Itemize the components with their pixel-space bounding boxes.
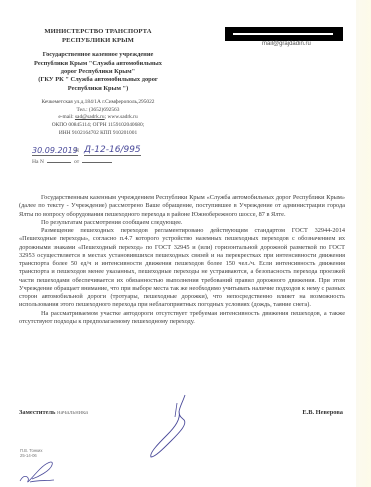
ministry-name: МИНИСТЕРСТВО ТРАНСПОРТА РЕСПУБЛИКИ КРЫМ: [18, 28, 178, 45]
handwritten-signature: [145, 393, 195, 466]
paragraph: На рассматриваемом участке автодороги от…: [19, 310, 345, 327]
website: ; www.sadrk.ru: [105, 114, 138, 120]
email-line: e-mail: sad@sadrk.ru; www.sadrk.ru: [18, 114, 178, 122]
paragraph: Государственным казенным учреждением Рес…: [19, 194, 345, 219]
email-link[interactable]: sad@sadrk.ru: [75, 114, 105, 120]
paragraph: По результатам рассмотрения сообщаем сле…: [19, 219, 345, 227]
okpo-ogrn: ОКПО 00845114; ОГРН 1159102040680;: [18, 122, 178, 130]
organization-contacts: Кечкеметская ул.д.184/1А г.Симферополь,2…: [18, 99, 178, 137]
reply-number-blank: [47, 162, 71, 163]
outgoing-date: 30.09.2019: [32, 146, 78, 156]
executor-signature: [18, 455, 58, 487]
phone: Тел.: (3652)692563: [18, 107, 178, 115]
signature-block: Заместитель начальника Е.В. Неверова: [19, 409, 345, 421]
recipient-email: mail@grajdadin.ru: [262, 41, 311, 47]
redacted-recipient-name: [225, 27, 343, 41]
outgoing-number: Д-12-16/995: [84, 145, 141, 156]
address: Кечкеметская ул.д.184/1А г.Симферополь,2…: [18, 99, 178, 107]
paragraph: Размещение пешеходных переходов регламен…: [19, 227, 345, 310]
reply-date-blank: [82, 162, 112, 163]
letter-page: МИНИСТЕРСТВО ТРАНСПОРТА РЕСПУБЛИКИ КРЫМ …: [0, 0, 356, 487]
paper-edge: [356, 0, 371, 487]
outgoing-reference: 30.09.2019 N Д-12-16/995: [30, 145, 190, 157]
signer-title: Заместитель начальника: [19, 409, 88, 416]
inn-kpp: ИНН 9102164702 КПП 910201001: [18, 130, 178, 138]
redaction-line: [233, 33, 333, 35]
reply-reference: На Nот: [32, 159, 112, 165]
letterhead: МИНИСТЕРСТВО ТРАНСПОРТА РЕСПУБЛИКИ КРЫМ …: [18, 28, 178, 137]
signer-name: Е.В. Неверова: [302, 409, 343, 416]
letter-body: Государственным казенным учреждением Рес…: [19, 194, 345, 326]
organization-name: Государственное казенное учреждение Респ…: [18, 51, 178, 93]
number-label: N: [75, 148, 79, 154]
